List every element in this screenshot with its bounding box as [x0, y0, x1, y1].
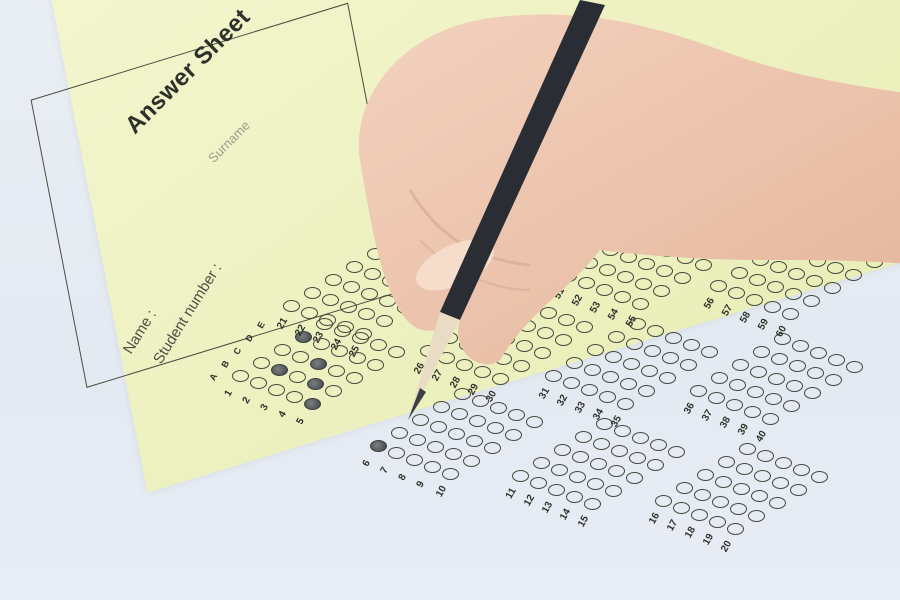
question-number: 19: [701, 532, 716, 547]
answer-bubble[interactable]: [793, 464, 810, 476]
answer-bubble[interactable]: [325, 385, 342, 397]
answer-bubble[interactable]: [708, 392, 725, 404]
answer-bubble[interactable]: [301, 307, 318, 319]
answer-bubble[interactable]: [748, 510, 765, 522]
answer-bubble[interactable]: [754, 470, 771, 482]
question-number: 38: [718, 415, 733, 430]
answer-bubble[interactable]: [811, 471, 828, 483]
question-number: 36: [682, 401, 697, 416]
answer-bubble[interactable]: [463, 455, 480, 467]
answer-bubble[interactable]: [729, 379, 746, 391]
question-number: 20: [719, 539, 734, 554]
answer-bubble[interactable]: [638, 385, 655, 397]
answer-bubble[interactable]: [442, 468, 459, 480]
answer-bubble[interactable]: [757, 450, 774, 462]
answer-bubble[interactable]: [424, 461, 441, 473]
question-number: 39: [736, 422, 751, 437]
question-number: 15: [576, 514, 591, 529]
answer-bubble[interactable]: [427, 441, 444, 453]
answer-bubble[interactable]: [736, 463, 753, 475]
answer-bubble[interactable]: [715, 476, 732, 488]
answer-bubble[interactable]: [271, 364, 288, 376]
question-number: 11: [504, 486, 519, 501]
answer-bubble[interactable]: [388, 447, 405, 459]
answer-bubble[interactable]: [530, 477, 547, 489]
answer-bubble[interactable]: [406, 454, 423, 466]
answer-bubble[interactable]: [611, 445, 628, 457]
answer-bubble[interactable]: [283, 300, 300, 312]
answer-bubble[interactable]: [632, 432, 649, 444]
question-number: 40: [754, 429, 769, 444]
answer-bubble[interactable]: [711, 372, 728, 384]
answer-bubble[interactable]: [307, 378, 324, 390]
answer-bubble[interactable]: [747, 386, 764, 398]
question-number: 7: [379, 465, 391, 475]
answer-bubble[interactable]: [765, 393, 782, 405]
answer-bubble[interactable]: [322, 294, 339, 306]
answer-bubble[interactable]: [605, 485, 622, 497]
answer-bubble[interactable]: [712, 496, 729, 508]
answer-bubble[interactable]: [250, 377, 267, 389]
answer-bubble[interactable]: [668, 446, 685, 458]
answer-bubble[interactable]: [647, 459, 664, 471]
answer-bubble[interactable]: [445, 448, 462, 460]
answer-bubble[interactable]: [676, 482, 693, 494]
answer-bubble[interactable]: [744, 406, 761, 418]
answer-bubble[interactable]: [253, 357, 270, 369]
answer-bubble[interactable]: [587, 478, 604, 490]
answer-bubble[interactable]: [694, 489, 711, 501]
answer-bubble[interactable]: [726, 399, 743, 411]
answer-bubble[interactable]: [733, 483, 750, 495]
answer-bubble[interactable]: [590, 458, 607, 470]
question-number: 17: [665, 518, 680, 533]
answer-bubble[interactable]: [629, 452, 646, 464]
answer-bubble[interactable]: [551, 464, 568, 476]
question-number: 8: [397, 472, 409, 482]
question-number: 6: [361, 458, 373, 468]
answer-bubble[interactable]: [584, 498, 601, 510]
answer-bubble[interactable]: [768, 373, 785, 385]
answer-bubble[interactable]: [566, 491, 583, 503]
answer-bubble[interactable]: [691, 509, 708, 521]
answer-bubble[interactable]: [232, 370, 249, 382]
answer-bubble[interactable]: [762, 413, 779, 425]
question-number: 18: [683, 525, 698, 540]
pencil: [380, 0, 620, 440]
question-number: 14: [558, 507, 573, 522]
answer-bubble[interactable]: [548, 484, 565, 496]
question-number: 13: [540, 500, 555, 515]
photo-scene: Answer Sheet Surname Name : Student numb…: [0, 0, 900, 600]
answer-bubble[interactable]: [626, 472, 643, 484]
answer-bubble[interactable]: [554, 444, 571, 456]
question-number: 16: [647, 511, 662, 526]
answer-bubble[interactable]: [786, 380, 803, 392]
answer-bubble[interactable]: [739, 443, 756, 455]
answer-bubble[interactable]: [484, 442, 501, 454]
answer-bubble[interactable]: [775, 457, 792, 469]
answer-bubble[interactable]: [268, 384, 285, 396]
answer-bubble[interactable]: [608, 465, 625, 477]
answer-bubble[interactable]: [769, 497, 786, 509]
answer-bubble[interactable]: [804, 387, 821, 399]
answer-bubble[interactable]: [569, 471, 586, 483]
answer-bubble[interactable]: [718, 456, 735, 468]
answer-bubble[interactable]: [790, 484, 807, 496]
answer-bubble[interactable]: [727, 523, 744, 535]
answer-bubble[interactable]: [673, 502, 690, 514]
answer-bubble[interactable]: [709, 516, 726, 528]
question-number: 10: [434, 484, 449, 499]
answer-bubble[interactable]: [512, 470, 529, 482]
answer-bubble[interactable]: [697, 469, 714, 481]
answer-bubble[interactable]: [825, 374, 842, 386]
answer-bubble[interactable]: [620, 378, 637, 390]
answer-bubble[interactable]: [346, 372, 363, 384]
answer-bubble[interactable]: [310, 358, 327, 370]
answer-bubble[interactable]: [286, 391, 303, 403]
question-number: 37: [700, 408, 715, 423]
answer-bubble[interactable]: [370, 440, 387, 452]
answer-bubble[interactable]: [304, 398, 321, 410]
answer-bubble[interactable]: [751, 490, 768, 502]
answer-bubble[interactable]: [533, 457, 550, 469]
answer-bubble[interactable]: [659, 372, 676, 384]
answer-bubble[interactable]: [304, 287, 321, 299]
question-number: 9: [415, 479, 427, 489]
answer-bubble[interactable]: [274, 344, 291, 356]
answer-bubble[interactable]: [292, 351, 309, 363]
answer-bubble[interactable]: [772, 477, 789, 489]
answer-bubble[interactable]: [572, 451, 589, 463]
answer-bubble[interactable]: [730, 503, 747, 515]
question-number: 12: [522, 493, 537, 508]
answer-bubble[interactable]: [650, 439, 667, 451]
answer-bubble[interactable]: [289, 371, 306, 383]
answer-bubble[interactable]: [319, 314, 336, 326]
answer-bubble[interactable]: [655, 495, 672, 507]
answer-bubble[interactable]: [690, 385, 707, 397]
answer-bubble[interactable]: [783, 400, 800, 412]
